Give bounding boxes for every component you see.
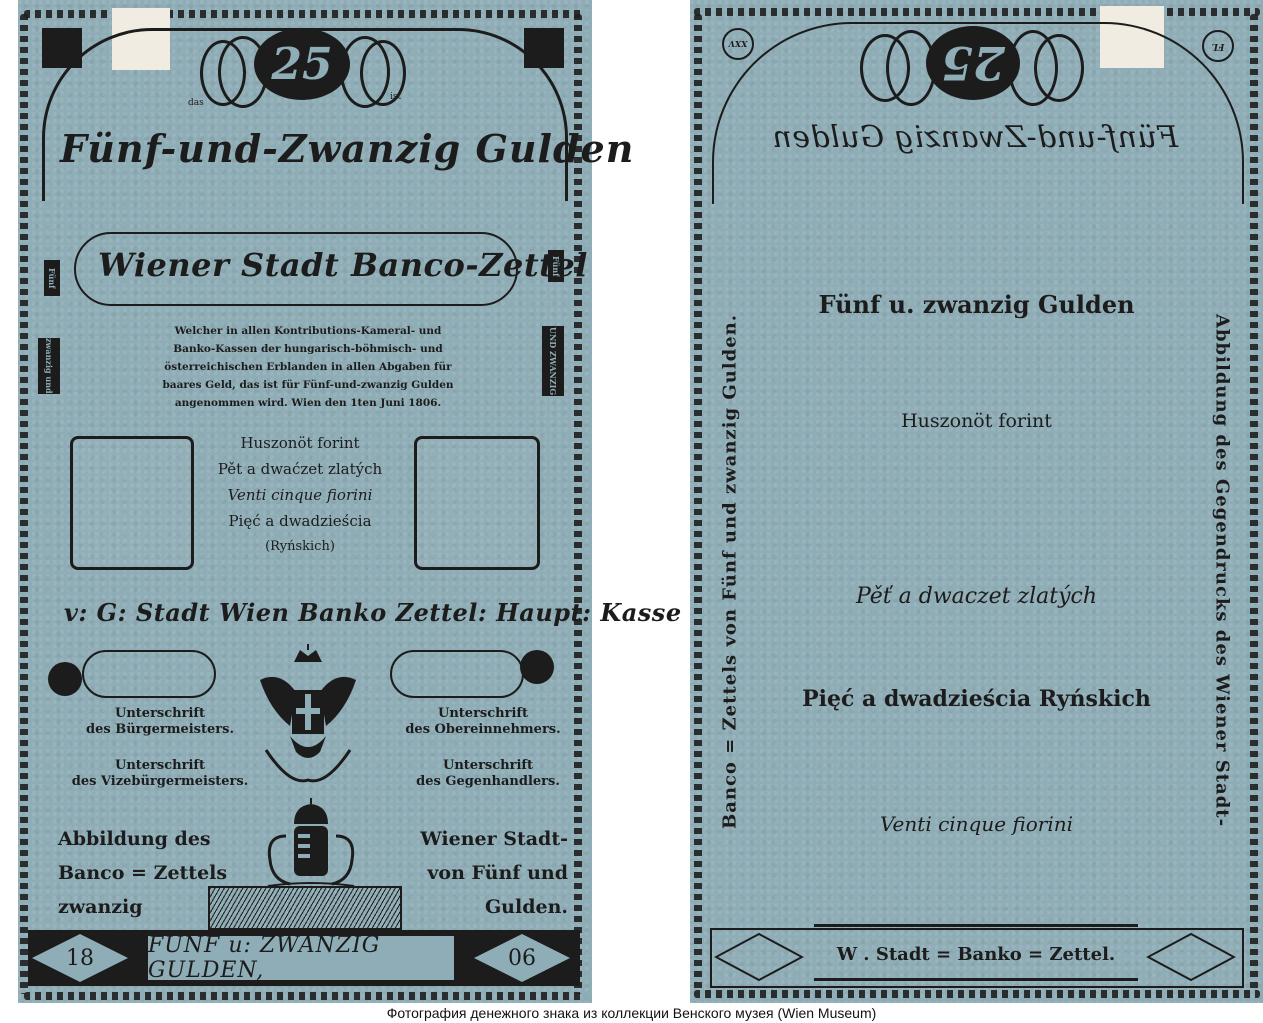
denomination-seal: 25	[254, 28, 350, 100]
vertical-inscription-right: Abbildung des Gegendrucks des Wiener Sta…	[1210, 236, 1234, 906]
eagle-coat-of-arms-icon	[250, 640, 366, 790]
beaded-border-right	[1250, 14, 1258, 992]
signature-gegenhandler: Unterschrift des Gegenhandlers.	[398, 758, 578, 790]
back-line-polish: Pięć a dwadzieścia Ryńskich	[690, 686, 1263, 712]
denomination-languages: Huszonöt forint Pět a dwaćzet zlatých Ve…	[192, 430, 408, 560]
back-line-italian: Venti cinque fiorini	[690, 812, 1263, 836]
portrait-frame-right	[414, 436, 540, 570]
band-rule-top	[814, 924, 1138, 927]
band-denomination-text: FÜNF u: ZWANZIG GULDEN,	[148, 936, 454, 980]
left-top-tab: Fünf	[44, 260, 60, 296]
front-headline: Fünf-und-Zwanzig Gulden	[60, 126, 634, 171]
back-line-hungarian: Huszonöt forint	[690, 410, 1263, 432]
beaded-border-bottom	[24, 992, 584, 1000]
issuer-line: v: G: Stadt Wien Banko Zettel: Haupt: Ka…	[64, 598, 682, 627]
beaded-border-top	[24, 10, 584, 18]
banknote-back: XXV FL 25 Fünf-und-Zwanzig Gulden Banco …	[690, 0, 1263, 1003]
back-line-german: Fünf u. zwanzig Gulden	[690, 290, 1263, 319]
corner-numeral-left: XXV	[722, 28, 754, 60]
signature-obereinnehmer: Unterschrift des Obereinnehmers.	[388, 706, 578, 738]
front-title: Wiener Stadt Banco-Zettel	[98, 246, 588, 284]
beaded-border-left	[20, 14, 28, 994]
denomination-seal-mirrored: 25	[926, 26, 1020, 100]
beaded-border-left	[694, 14, 702, 992]
portrait-frame-left	[70, 436, 194, 570]
signature-stamp-right	[520, 650, 554, 684]
vertical-inscription-left: Banco = Zettels von Fünf und zwanzig Gul…	[718, 236, 742, 906]
signature-vizebuergermeister: Unterschrift des Vizebürgermeisters.	[60, 758, 260, 790]
corner-numeral-right: FL	[1202, 30, 1234, 62]
beaded-border-bottom	[694, 990, 1260, 998]
coil-ornament	[1034, 34, 1084, 102]
signature-stamp-left	[48, 662, 82, 696]
denomination-numeral: 25	[271, 39, 332, 90]
band-text: W . Stadt = Banko = Zettel.	[814, 936, 1138, 972]
right-top-tab: Fünf	[548, 250, 564, 282]
small-text-ist: ist	[390, 92, 401, 102]
signature-flourish-left	[82, 650, 216, 698]
banknote-front: 25 das ist Fünf-und-Zwanzig Gulden Wiene…	[18, 0, 592, 1003]
abbildung-text-right: Wiener Stadt- von Fünf und Gulden.	[398, 822, 568, 924]
pedestal-ornament	[208, 886, 402, 930]
corner-ornament-right	[524, 28, 564, 68]
beaded-border-top	[694, 8, 1260, 16]
left-bottom-tab: zwanzig und	[38, 338, 60, 394]
back-headline-mirrored: Fünf-und-Zwanzig Gulden	[730, 120, 1220, 155]
back-line-czech: Pěť a dwaczet zlatých	[690, 584, 1263, 609]
band-rule-bottom	[814, 978, 1138, 981]
signature-flourish-right	[390, 650, 524, 698]
right-bottom-tab: UND ZWANZIG	[542, 326, 564, 396]
signature-buergermeister: Unterschrift des Bürgermeisters.	[70, 706, 250, 738]
abbildung-text-left: Abbildung des Banco = Zettels zwanzig	[58, 822, 228, 924]
small-text-das: das	[188, 98, 204, 108]
front-body-text: Welcher in allen Kontributions-Kameral- …	[118, 322, 498, 412]
crowned-shield-icon	[256, 796, 366, 892]
corner-ornament-left	[42, 28, 82, 68]
photo-caption: Фотография денежного знака из коллекции …	[0, 1003, 1263, 1023]
